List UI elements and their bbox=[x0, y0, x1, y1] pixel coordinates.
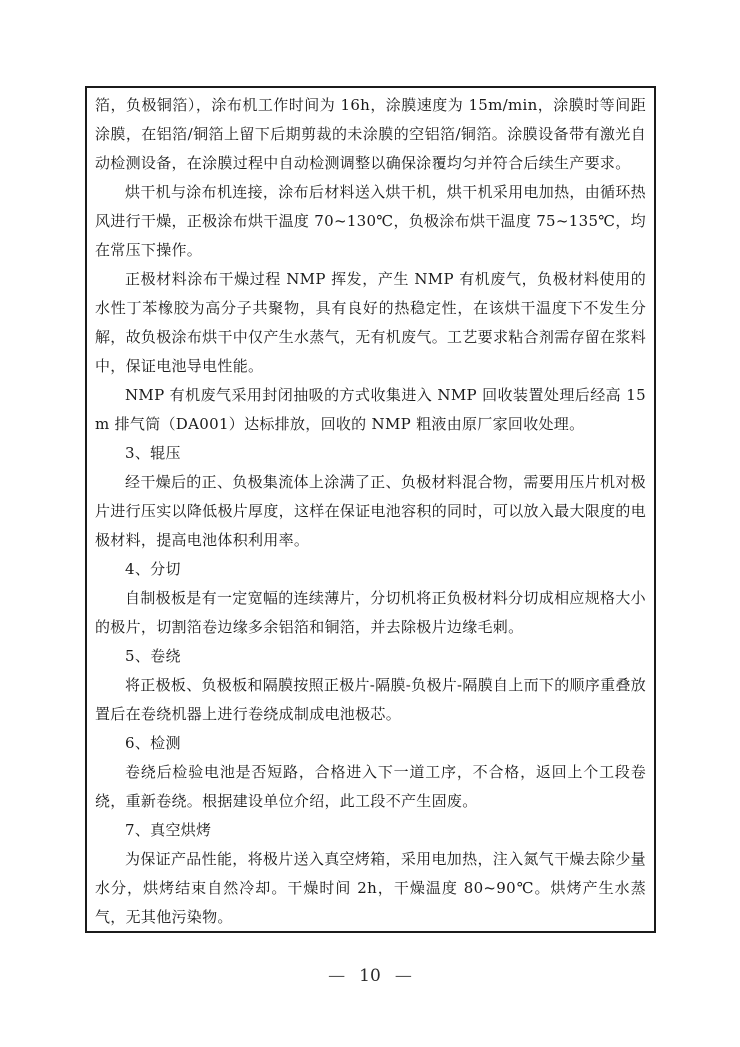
document-body: 箔，负极铜箔），涂布机工作时间为 16h，涂膜速度为 15m/min，涂膜时等间… bbox=[95, 91, 646, 932]
section-heading-winding: 5、卷绕 bbox=[95, 642, 646, 671]
section-heading-inspection: 6、检测 bbox=[95, 729, 646, 758]
paragraph-nmp-waste-gas: 正极材料涂布干燥过程 NMP 挥发，产生 NMP 有机废气，负极材料使用的水性丁… bbox=[95, 265, 646, 381]
paragraph-nmp-recovery: NMP 有机废气采用封闭抽吸的方式收集进入 NMP 回收装置处理后经高 15m … bbox=[95, 381, 646, 439]
paragraph-winding: 将正极板、负极板和隔膜按照正极片-隔膜-负极片-隔膜自上而下的顺序重叠放置后在卷… bbox=[95, 671, 646, 729]
footer-dash-left: — bbox=[314, 966, 359, 986]
paragraph-coating-continued: 箔，负极铜箔），涂布机工作时间为 16h，涂膜速度为 15m/min，涂膜时等间… bbox=[95, 91, 646, 178]
section-heading-slitting: 4、分切 bbox=[95, 555, 646, 584]
page-number: 10 bbox=[359, 966, 381, 986]
paragraph-drying: 烘干机与涂布机连接，涂布后材料送入烘干机，烘干机采用电加热，由循环热风进行干燥，… bbox=[95, 178, 646, 265]
paragraph-vacuum-baking: 为保证产品性能，将极片送入真空烤箱，采用电加热，注入氮气干燥去除少量水分，烘烤结… bbox=[95, 845, 646, 932]
section-heading-vacuum-baking: 7、真空烘烤 bbox=[95, 816, 646, 845]
footer-dash-right: — bbox=[381, 966, 426, 986]
paragraph-slitting: 自制极板是有一定宽幅的连续薄片，分切机将正负极材料分切成相应规格大小的极片，切割… bbox=[95, 584, 646, 642]
page-footer: —10— bbox=[0, 966, 740, 986]
section-heading-rolling: 3、辊压 bbox=[95, 439, 646, 468]
paragraph-rolling: 经干燥后的正、负极集流体上涂满了正、负极材料混合物，需要用压片机对极片进行压实以… bbox=[95, 468, 646, 555]
paragraph-inspection: 卷绕后检验电池是否短路，合格进入下一道工序，不合格，返回上个工段卷绕，重新卷绕。… bbox=[95, 758, 646, 816]
document-border-box: 箔，负极铜箔），涂布机工作时间为 16h，涂膜速度为 15m/min，涂膜时等间… bbox=[85, 86, 656, 933]
